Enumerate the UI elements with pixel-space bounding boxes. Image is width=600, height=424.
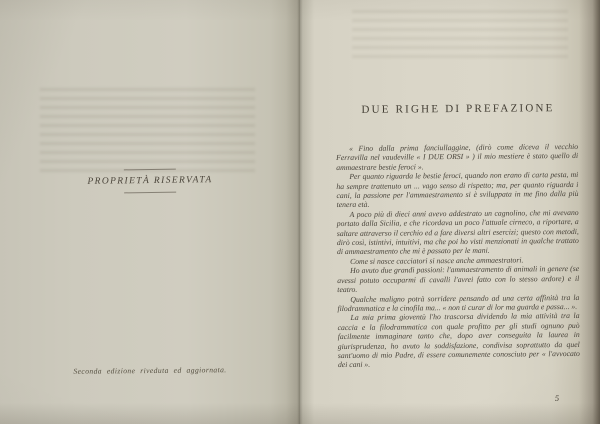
bleed-through-text (352, 10, 568, 62)
preface-paragraph: « Fino dalla prima fanciullaggine, (dirò… (336, 142, 578, 172)
copyright-stamp-label: PROPRIETÀ RISERVATA (0, 174, 300, 188)
preface-paragraph: Ho avuto due grandi passioni: l'ammaestr… (337, 264, 579, 294)
edition-note: Seconda edizione riveduta ed aggiornata. (0, 364, 300, 376)
bleed-through-text (40, 88, 255, 174)
preface-paragraph: Per quanto riguarda le bestie feroci, qu… (336, 170, 578, 210)
preface-body-text: « Fino dalla prima fanciullaggine, (dirò… (336, 142, 580, 370)
divider-rule-bottom (124, 192, 176, 194)
page-number: 5 (548, 393, 566, 403)
preface-paragraph: A poco più di dieci anni avevo addestrat… (337, 208, 579, 257)
preface-paragraph: La mia prima gioventù l'ho trascorsa div… (337, 311, 579, 370)
divider-rule-top (124, 169, 176, 171)
left-page: PROPRIETÀ RISERVATA Seconda edizione riv… (0, 0, 300, 424)
preface-paragraph: Qualche maligno potrà sorridere pensando… (337, 292, 579, 313)
chapter-heading: DUE RIGHE DI PREFAZIONE (335, 102, 581, 116)
book-spread: PROPRIETÀ RISERVATA Seconda edizione riv… (0, 0, 600, 424)
copyright-stamp: PROPRIETÀ RISERVATA (0, 167, 300, 195)
